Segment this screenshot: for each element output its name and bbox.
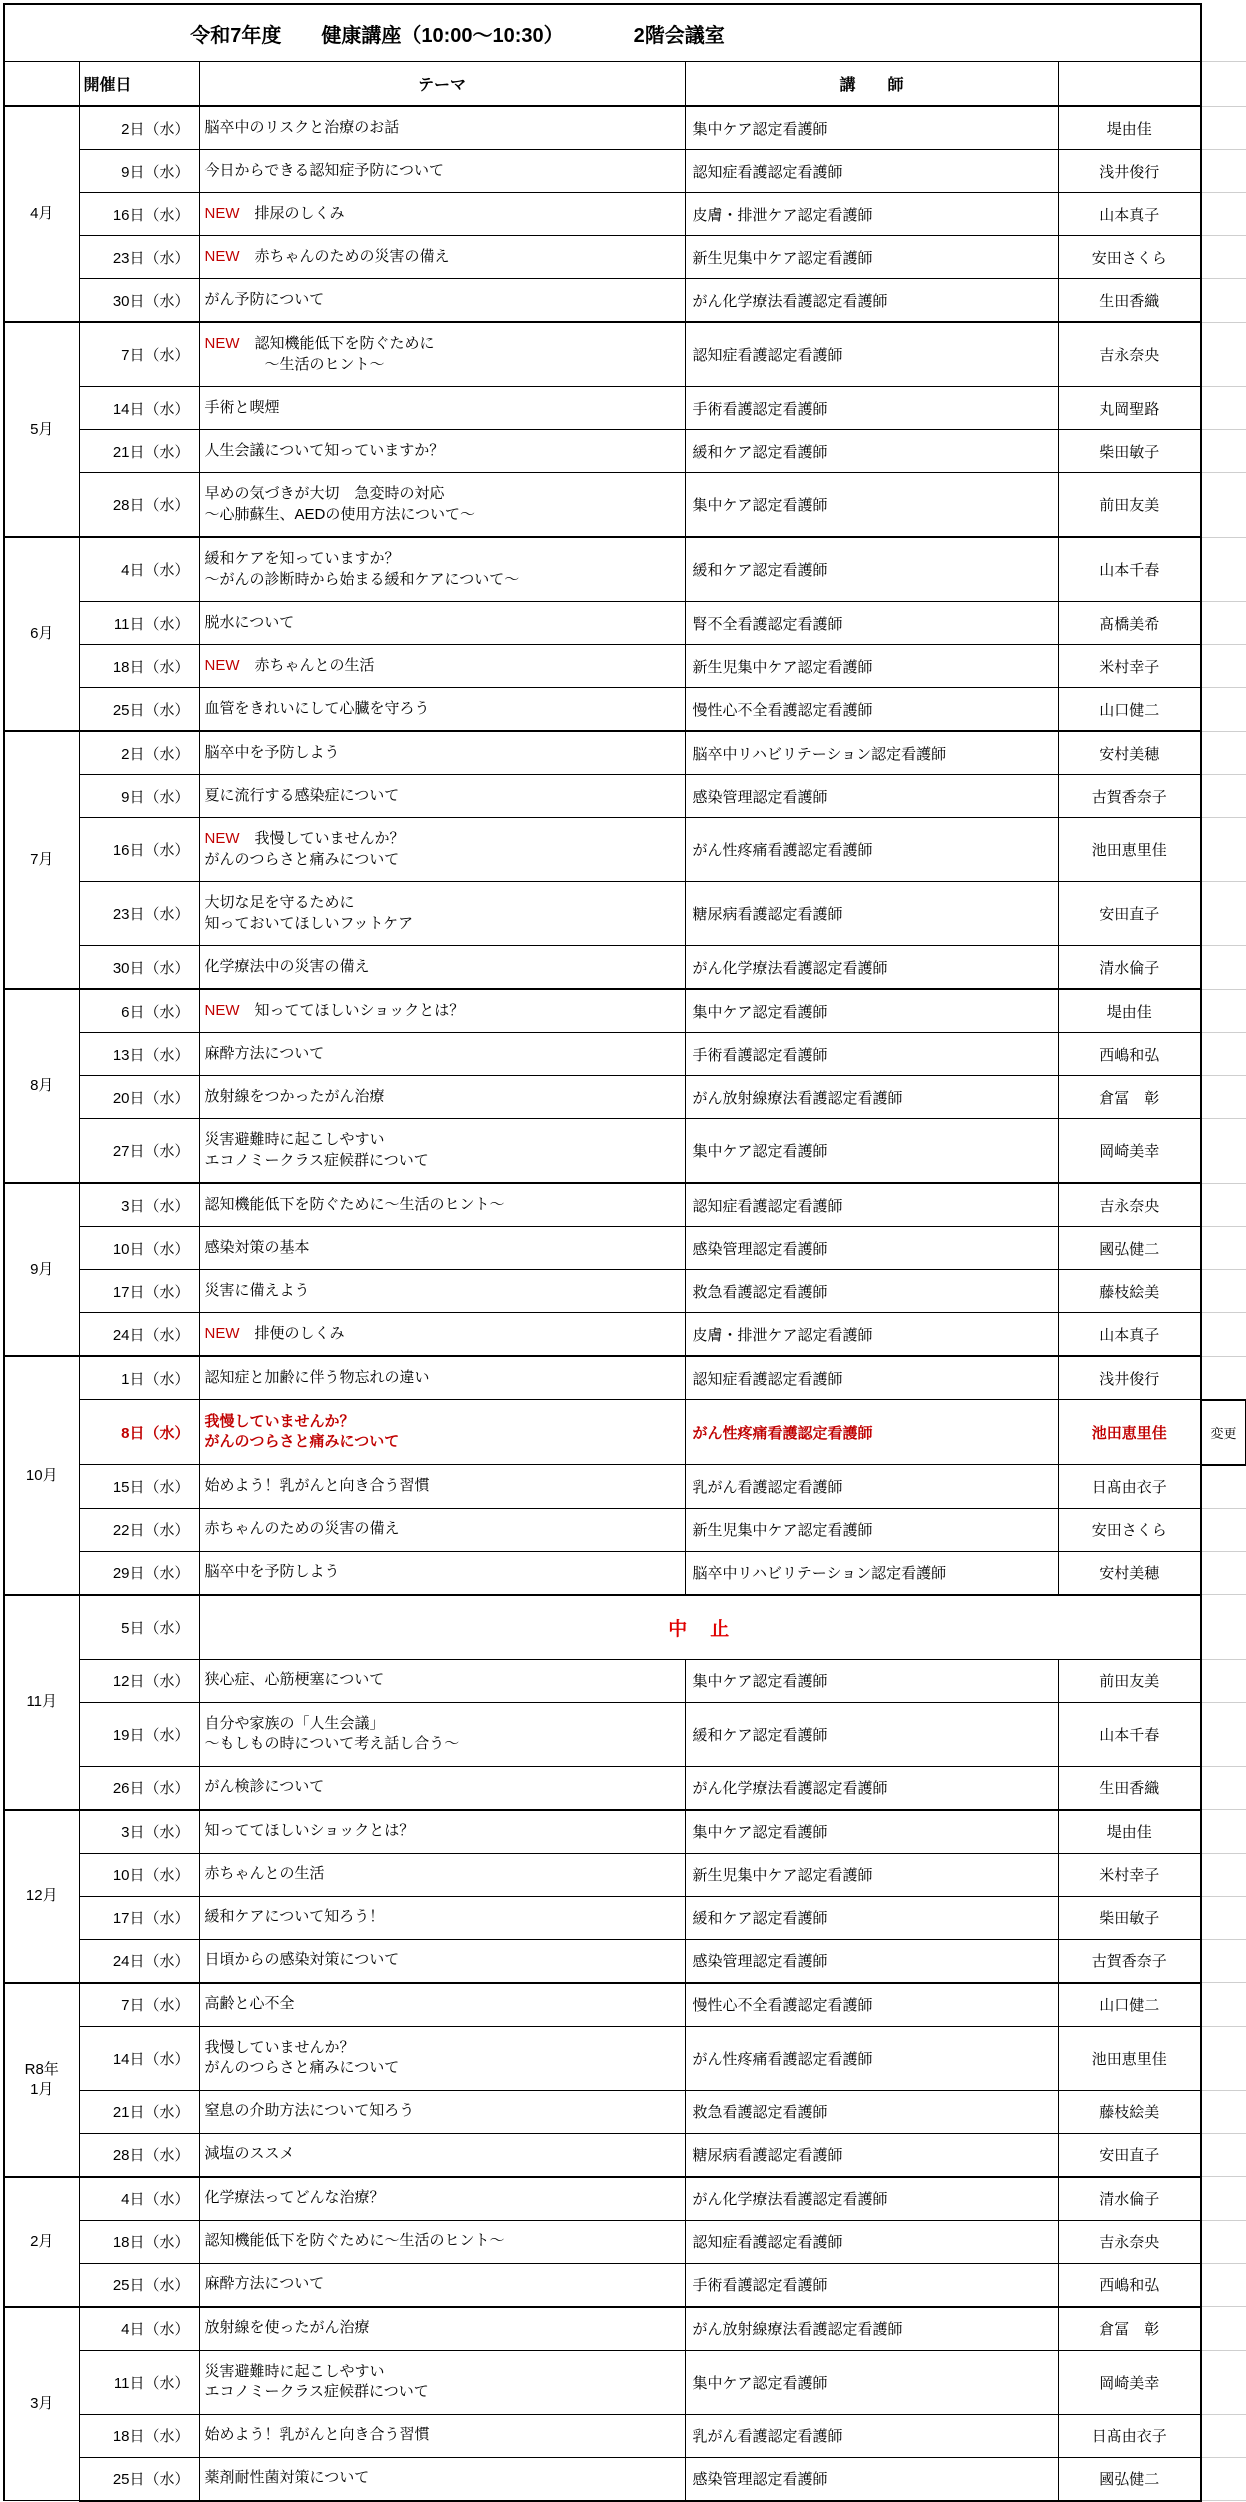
note-column-spacer: [1201, 62, 1246, 107]
note-column-spacer: [1201, 150, 1246, 193]
lecturer-cell: 脳卒中リハビリテーション認定看護師: [685, 731, 1058, 775]
schedule-row: 16日（水）NEW 我慢していませんか？がんのつらさと痛みについてがん性疼痛看護…: [4, 818, 1246, 882]
theme-cell: 夏に流行する感染症について: [199, 775, 685, 818]
lecturer-cell: 慢性心不全看護認定看護師: [685, 1983, 1058, 2027]
date-cell: 28日（水）: [79, 473, 199, 538]
lecturer-name-cell: 山本真子: [1058, 193, 1201, 236]
lecturer-cell: 集中ケア認定看護師: [685, 1119, 1058, 1184]
note-column-spacer: [1201, 1119, 1246, 1184]
lecturer-name-cell: 國弘健二: [1058, 1227, 1201, 1270]
date-cell: 26日（水）: [79, 1766, 199, 1810]
note-column-spacer: [1201, 279, 1246, 323]
new-badge: NEW: [205, 248, 240, 265]
lecturer-name-cell: 浅井俊行: [1058, 150, 1201, 193]
lecturer-cell: 緩和ケア認定看護師: [685, 1896, 1058, 1939]
schedule-row: 12月3日（水）知っててほしいショックとは？集中ケア認定看護師堤由佳: [4, 1810, 1246, 1854]
theme-cell: 今日からできる認知症予防について: [199, 150, 685, 193]
note-column-spacer: [1201, 775, 1246, 818]
lecturer-cell: 慢性心不全看護認定看護師: [685, 688, 1058, 732]
lecturer-cell: 脳卒中リハビリテーション認定看護師: [685, 1551, 1058, 1595]
lecturer-name-cell: 倉冨 彰: [1058, 2307, 1201, 2351]
date-cell: 19日（水）: [79, 1702, 199, 1766]
lecturer-cell: 糖尿病看護認定看護師: [685, 882, 1058, 946]
schedule-row: 14日（水）我慢していませんか？がんのつらさと痛みについてがん性疼痛看護認定看護…: [4, 2026, 1246, 2090]
date-cell: 13日（水）: [79, 1033, 199, 1076]
lecturer-name-cell: 日髙由衣子: [1058, 2414, 1201, 2457]
lecturer-name-cell: 岡崎美幸: [1058, 1119, 1201, 1184]
schedule-row: 8月6日（水）NEW 知っててほしいショックとは？集中ケア認定看護師堤由佳: [4, 989, 1246, 1033]
date-cell: 15日（水）: [79, 1465, 199, 1509]
lecturer-name-cell: 安田さくら: [1058, 236, 1201, 279]
schedule-row: 22日（水）赤ちゃんのための災害の備え新生児集中ケア認定看護師安田さくら: [4, 1508, 1246, 1551]
schedule-row: 11日（水）災害避難時に起こしやすいエコノミークラス症候群について集中ケア認定看…: [4, 2350, 1246, 2414]
lecturer-name-cell: 清水倫子: [1058, 2177, 1201, 2221]
lecturer-cell: 認知症看護認定看護師: [685, 322, 1058, 387]
month-label: 6月: [4, 537, 79, 731]
lecturer-cell: 認知症看護認定看護師: [685, 1183, 1058, 1227]
theme-cell: NEW 赤ちゃんのための災害の備え: [199, 236, 685, 279]
date-cell: 9日（水）: [79, 150, 199, 193]
note-column-spacer: [1201, 322, 1246, 387]
note-column-spacer: [1201, 2457, 1246, 2501]
theme-cell: 赤ちゃんのための災害の備え: [199, 1508, 685, 1551]
theme-cell: がん検診について: [199, 1766, 685, 1810]
theme-cell: 認知機能低下を防ぐために～生活のヒント～: [199, 2220, 685, 2263]
lecturer-cell: がん化学療法看護認定看護師: [685, 279, 1058, 323]
lecturer-cell: 感染管理認定看護師: [685, 1227, 1058, 1270]
theme-cell: 自分や家族の「人生会議」～もしもの時について考え話し合う～: [199, 1702, 685, 1766]
theme-cell: 赤ちゃんとの生活: [199, 1853, 685, 1896]
schedule-row: 6月4日（水）緩和ケアを知っていますか？～がんの診断時から始まる緩和ケアについて…: [4, 537, 1246, 602]
lecturer-column-header: 講 師: [685, 62, 1058, 107]
note-column-spacer: [1201, 473, 1246, 538]
date-cell: 25日（水）: [79, 2457, 199, 2501]
lecturer-name-cell: 安田直子: [1058, 2133, 1201, 2177]
theme-cell: 我慢していませんか？がんのつらさと痛みについて: [199, 1400, 685, 1465]
lecturer-cell: 集中ケア認定看護師: [685, 1810, 1058, 1854]
lecturer-cell: 感染管理認定看護師: [685, 2457, 1058, 2501]
date-cell: 23日（水）: [79, 236, 199, 279]
lecturer-cell: 感染管理認定看護師: [685, 1939, 1058, 1983]
lecturer-name-cell: 柴田敏子: [1058, 1896, 1201, 1939]
theme-cell: 手術と喫煙: [199, 387, 685, 430]
theme-cell: 脳卒中を予防しよう: [199, 731, 685, 775]
date-cell: 11日（水）: [79, 2350, 199, 2414]
note-column-spacer: [1201, 1595, 1246, 1660]
schedule-row: 4月2日（水）脳卒中のリスクと治療のお話集中ケア認定看護師堤由佳: [4, 106, 1246, 150]
schedule-row: 30日（水）化学療法中の災害の備えがん化学療法看護認定看護師清水倫子: [4, 946, 1246, 990]
note-column-spacer: [1201, 1227, 1246, 1270]
new-badge: NEW: [205, 205, 240, 222]
note-column-spacer: [1201, 4, 1246, 62]
lecturer-cell: 緩和ケア認定看護師: [685, 430, 1058, 473]
note-column-spacer: [1201, 1313, 1246, 1357]
schedule-row: 9日（水）今日からできる認知症予防について認知症看護認定看護師浅井俊行: [4, 150, 1246, 193]
lecturer-cell: 認知症看護認定看護師: [685, 1356, 1058, 1400]
lecturer-name-cell: 安村美穂: [1058, 731, 1201, 775]
lecturer-cell: 皮膚・排泄ケア認定看護師: [685, 1313, 1058, 1357]
lecturer-cell: がん化学療法看護認定看護師: [685, 946, 1058, 990]
schedule-row: 12日（水）狭心症、心筋梗塞について集中ケア認定看護師前田友美: [4, 1659, 1246, 1702]
lecturer-name-cell: 山本真子: [1058, 1313, 1201, 1357]
theme-cell: 早めの気づきが大切 急変時の対応～心肺蘇生、AEDの使用方法について～: [199, 473, 685, 538]
schedule-row: 24日（水）日頃からの感染対策について感染管理認定看護師古賀香奈子: [4, 1939, 1246, 1983]
note-column-spacer: [1201, 1659, 1246, 1702]
date-cell: 10日（水）: [79, 1853, 199, 1896]
note-column-spacer: [1201, 1033, 1246, 1076]
theme-cell: NEW 排便のしくみ: [199, 1313, 685, 1357]
month-label: 2月: [4, 2177, 79, 2307]
lecturer-cell: がん性疼痛看護認定看護師: [685, 818, 1058, 882]
schedule-row: 27日（水）災害避難時に起こしやすいエコノミークラス症候群について集中ケア認定看…: [4, 1119, 1246, 1184]
lecturer-name-cell: 髙橋美希: [1058, 602, 1201, 645]
theme-cell: 認知機能低下を防ぐために～生活のヒント～: [199, 1183, 685, 1227]
date-cell: 18日（水）: [79, 2220, 199, 2263]
date-cell: 11日（水）: [79, 602, 199, 645]
month-label: R8年1月: [4, 1983, 79, 2177]
theme-cell: 災害避難時に起こしやすいエコノミークラス症候群について: [199, 1119, 685, 1184]
theme-cell: 脳卒中のリスクと治療のお話: [199, 106, 685, 150]
schedule-row: 10日（水）赤ちゃんとの生活新生児集中ケア認定看護師米村幸子: [4, 1853, 1246, 1896]
note-column-spacer: [1201, 2350, 1246, 2414]
lecturer-cell: 集中ケア認定看護師: [685, 473, 1058, 538]
lecturer-cell: 腎不全看護認定看護師: [685, 602, 1058, 645]
note-column-spacer: [1201, 989, 1246, 1033]
note-column-spacer: [1201, 193, 1246, 236]
lecturer-name-cell: 山口健二: [1058, 688, 1201, 732]
note-column-spacer: [1201, 1270, 1246, 1313]
note-column-spacer: [1201, 236, 1246, 279]
lecturer-cell: 集中ケア認定看護師: [685, 989, 1058, 1033]
lecturer-name-cell: 柴田敏子: [1058, 430, 1201, 473]
header-row: 開催日 テーマ 講 師: [4, 62, 1246, 107]
note-column-spacer: [1201, 387, 1246, 430]
schedule-row: 2月4日（水）化学療法ってどんな治療？がん化学療法看護認定看護師清水倫子: [4, 2177, 1246, 2221]
month-label: 4月: [4, 106, 79, 322]
note-column-spacer: [1201, 1766, 1246, 1810]
schedule-row: 11日（水）脱水について腎不全看護認定看護師髙橋美希: [4, 602, 1246, 645]
lecturer-cell: 集中ケア認定看護師: [685, 2350, 1058, 2414]
month-label: 9月: [4, 1183, 79, 1356]
theme-cell: 大切な足を守るために知っておいてほしいフットケア: [199, 882, 685, 946]
lecturer-cell: 感染管理認定看護師: [685, 775, 1058, 818]
date-cell: 1日（水）: [79, 1356, 199, 1400]
month-column-header: [4, 62, 79, 107]
schedule-row: 13日（水）麻酔方法について手術看護認定看護師西嶋和弘: [4, 1033, 1246, 1076]
lecturer-cell: 救急看護認定看護師: [685, 2090, 1058, 2133]
note-column-spacer: [1201, 1810, 1246, 1854]
schedule-row: 18日（水）始めよう！乳がんと向き合う習慣乳がん看護認定看護師日髙由衣子: [4, 2414, 1246, 2457]
date-column-header: 開催日: [79, 62, 199, 107]
date-cell: 17日（水）: [79, 1896, 199, 1939]
schedule-row: 19日（水）自分や家族の「人生会議」～もしもの時について考え話し合う～緩和ケア認…: [4, 1702, 1246, 1766]
month-label: 7月: [4, 731, 79, 989]
theme-cell: 始めよう！乳がんと向き合う習慣: [199, 1465, 685, 1509]
lecturer-name-cell: 浅井俊行: [1058, 1356, 1201, 1400]
date-cell: 18日（水）: [79, 645, 199, 688]
note-column-spacer: [1201, 1508, 1246, 1551]
theme-cell: 知っててほしいショックとは？: [199, 1810, 685, 1854]
theme-cell: 化学療法ってどんな治療？: [199, 2177, 685, 2221]
month-label: 8月: [4, 989, 79, 1183]
schedule-row: 7月2日（水）脳卒中を予防しよう脳卒中リハビリテーション認定看護師安村美穂: [4, 731, 1246, 775]
note-column-spacer: [1201, 2177, 1246, 2221]
note-column-spacer: [1201, 2307, 1246, 2351]
date-cell: 16日（水）: [79, 818, 199, 882]
date-cell: 22日（水）: [79, 1508, 199, 1551]
new-badge: NEW: [205, 830, 240, 847]
date-cell: 7日（水）: [79, 1983, 199, 2027]
note-column-spacer: [1201, 1939, 1246, 1983]
date-cell: 21日（水）: [79, 2090, 199, 2133]
schedule-row: 21日（水）窒息の介助方法について知ろう救急看護認定看護師藤枝絵美: [4, 2090, 1246, 2133]
schedule-row: 18日（水）認知機能低下を防ぐために～生活のヒント～認知症看護認定看護師吉永奈央: [4, 2220, 1246, 2263]
schedule-row: 20日（水）放射線をつかったがん治療がん放射線療法看護認定看護師倉冨 彰: [4, 1076, 1246, 1119]
schedule-row: 17日（水）災害に備えよう救急看護認定看護師藤枝絵美: [4, 1270, 1246, 1313]
theme-cell: 薬剤耐性菌対策について: [199, 2457, 685, 2501]
schedule-row: 10月1日（水）認知症と加齢に伴う物忘れの違い認知症看護認定看護師浅井俊行: [4, 1356, 1246, 1400]
date-cell: 12日（水）: [79, 1659, 199, 1702]
schedule-row: 23日（水）NEW 赤ちゃんのための災害の備え新生児集中ケア認定看護師安田さくら: [4, 236, 1246, 279]
date-cell: 27日（水）: [79, 1119, 199, 1184]
date-cell: 20日（水）: [79, 1076, 199, 1119]
lecturer-cell: 手術看護認定看護師: [685, 2263, 1058, 2307]
date-cell: 25日（水）: [79, 2263, 199, 2307]
lecturer-name-cell: 池田恵里佳: [1058, 818, 1201, 882]
note-column-spacer: [1201, 1702, 1246, 1766]
lecturer-cell: 救急看護認定看護師: [685, 1270, 1058, 1313]
lecturer-cell: 集中ケア認定看護師: [685, 106, 1058, 150]
schedule-row: 10日（水）感染対策の基本感染管理認定看護師國弘健二: [4, 1227, 1246, 1270]
lecturer-cell: がん性疼痛看護認定看護師: [685, 1400, 1058, 1465]
lecturer-name-cell: 國弘健二: [1058, 2457, 1201, 2501]
schedule-row: 28日（水）減塩のススメ糖尿病看護認定看護師安田直子: [4, 2133, 1246, 2177]
date-cell: 17日（水）: [79, 1270, 199, 1313]
new-badge: NEW: [205, 657, 240, 674]
theme-cell: 脱水について: [199, 602, 685, 645]
date-cell: 4日（水）: [79, 2177, 199, 2221]
schedule-row: 16日（水）NEW 排尿のしくみ皮膚・排泄ケア認定看護師山本真子: [4, 193, 1246, 236]
date-cell: 9日（水）: [79, 775, 199, 818]
date-cell: 14日（水）: [79, 387, 199, 430]
theme-cell: NEW 認知機能低下を防ぐために ～生活のヒント～: [199, 322, 685, 387]
schedule-row: 5月7日（水）NEW 認知機能低下を防ぐために ～生活のヒント～認知症看護認定看…: [4, 322, 1246, 387]
schedule-row: 15日（水）始めよう！乳がんと向き合う習慣乳がん看護認定看護師日髙由衣子: [4, 1465, 1246, 1509]
date-cell: 28日（水）: [79, 2133, 199, 2177]
schedule-row: 17日（水）緩和ケアについて知ろう！緩和ケア認定看護師柴田敏子: [4, 1896, 1246, 1939]
lecturer-cell: 認知症看護認定看護師: [685, 150, 1058, 193]
schedule-row: 25日（水）麻酔方法について手術看護認定看護師西嶋和弘: [4, 2263, 1246, 2307]
lecturer-cell: 新生児集中ケア認定看護師: [685, 236, 1058, 279]
page-title: 令和7年度 健康講座（10:00～10:30） 2階会議室: [4, 4, 1201, 62]
theme-cell: 人生会議について知っていますか？: [199, 430, 685, 473]
lecturer-name-cell: 生田香織: [1058, 1766, 1201, 1810]
date-cell: 30日（水）: [79, 279, 199, 323]
lecturer-name-cell: 藤枝絵美: [1058, 2090, 1201, 2133]
month-label: 12月: [4, 1810, 79, 1983]
date-cell: 14日（水）: [79, 2026, 199, 2090]
lecturer-name-cell: 山口健二: [1058, 1983, 1201, 2027]
lecturer-name-cell: 西嶋和弘: [1058, 1033, 1201, 1076]
theme-cell: NEW 知っててほしいショックとは？: [199, 989, 685, 1033]
lecturer-name-cell: 古賀香奈子: [1058, 1939, 1201, 1983]
date-cell: 4日（水）: [79, 2307, 199, 2351]
schedule-row: 25日（水）薬剤耐性菌対策について感染管理認定看護師國弘健二: [4, 2457, 1246, 2501]
date-cell: 5日（水）: [79, 1595, 199, 1660]
theme-cell: NEW 我慢していませんか？がんのつらさと痛みについて: [199, 818, 685, 882]
note-column-spacer: [1201, 882, 1246, 946]
lecturer-cell: 糖尿病看護認定看護師: [685, 2133, 1058, 2177]
schedule-row: 3月4日（水）放射線を使ったがん治療がん放射線療法看護認定看護師倉冨 彰: [4, 2307, 1246, 2351]
lecturer-cell: 乳がん看護認定看護師: [685, 2414, 1058, 2457]
lecturer-name-cell: 吉永奈央: [1058, 1183, 1201, 1227]
theme-cell: 災害避難時に起こしやすいエコノミークラス症候群について: [199, 2350, 685, 2414]
lecturer-name-cell: 前田友美: [1058, 473, 1201, 538]
lecturer-name-cell: 前田友美: [1058, 1659, 1201, 1702]
note-column-spacer: [1201, 1896, 1246, 1939]
schedule-row: 9月3日（水）認知機能低下を防ぐために～生活のヒント～認知症看護認定看護師吉永奈…: [4, 1183, 1246, 1227]
lecturer-cell: 乳がん看護認定看護師: [685, 1465, 1058, 1509]
date-cell: 25日（水）: [79, 688, 199, 732]
date-cell: 29日（水）: [79, 1551, 199, 1595]
note-column-spacer: [1201, 2090, 1246, 2133]
title-row: 令和7年度 健康講座（10:00～10:30） 2階会議室: [4, 4, 1246, 62]
date-cell: 8日（水）: [79, 1400, 199, 1465]
note-column-spacer: [1201, 2414, 1246, 2457]
lecturer-name-cell: 米村幸子: [1058, 645, 1201, 688]
note-column-spacer: [1201, 1853, 1246, 1896]
theme-cell: 災害に備えよう: [199, 1270, 685, 1313]
lecturer-cell: がん性疼痛看護認定看護師: [685, 2026, 1058, 2090]
lecturer-name-cell: 堤由佳: [1058, 1810, 1201, 1854]
schedule-row: 28日（水）早めの気づきが大切 急変時の対応～心肺蘇生、AEDの使用方法について…: [4, 473, 1246, 538]
new-badge: NEW: [205, 1325, 240, 1342]
lecturer-name-cell: 日髙由衣子: [1058, 1465, 1201, 1509]
note-column-spacer: [1201, 1983, 1246, 2027]
note-column-spacer: [1201, 106, 1246, 150]
month-label: 11月: [4, 1595, 79, 1810]
date-cell: 10日（水）: [79, 1227, 199, 1270]
date-cell: 6日（水）: [79, 989, 199, 1033]
date-cell: 2日（水）: [79, 731, 199, 775]
lecturer-name-cell: 丸岡聖路: [1058, 387, 1201, 430]
schedule-row: 11月5日（水）中 止: [4, 1595, 1246, 1660]
theme-cell: 化学療法中の災害の備え: [199, 946, 685, 990]
theme-cell: 麻酔方法について: [199, 2263, 685, 2307]
lecturer-cell: がん化学療法看護認定看護師: [685, 1766, 1058, 1810]
schedule-row: 21日（水）人生会議について知っていますか？緩和ケア認定看護師柴田敏子: [4, 430, 1246, 473]
lecturer-name-cell: 生田香織: [1058, 279, 1201, 323]
schedule-sheet: 令和7年度 健康講座（10:00～10:30） 2階会議室 開催日 テーマ 講 …: [0, 0, 1246, 2502]
date-cell: 30日（水）: [79, 946, 199, 990]
date-cell: 18日（水）: [79, 2414, 199, 2457]
note-column-spacer: [1201, 1551, 1246, 1595]
note-column-spacer: [1201, 1183, 1246, 1227]
schedule-row: 8日（水）我慢していませんか？がんのつらさと痛みについてがん性疼痛看護認定看護師…: [4, 1400, 1246, 1465]
theme-cell: 日頃からの感染対策について: [199, 1939, 685, 1983]
theme-cell: NEW 赤ちゃんとの生活: [199, 645, 685, 688]
lecturer-name-cell: 吉永奈央: [1058, 2220, 1201, 2263]
theme-cell: 緩和ケアについて知ろう！: [199, 1896, 685, 1939]
lecturer-name-cell: 安田さくら: [1058, 1508, 1201, 1551]
theme-cell: 高齢と心不全: [199, 1983, 685, 2027]
month-label: 5月: [4, 322, 79, 537]
note-column-spacer: [1201, 2133, 1246, 2177]
theme-column-header: テーマ: [199, 62, 685, 107]
schedule-head-rows: 令和7年度 健康講座（10:00～10:30） 2階会議室 開催日 テーマ 講 …: [4, 4, 1246, 106]
lecturer-name-cell: 清水倫子: [1058, 946, 1201, 990]
lecturer-name-cell: 藤枝絵美: [1058, 1270, 1201, 1313]
date-cell: 3日（水）: [79, 1183, 199, 1227]
lecturer-cell: 認知症看護認定看護師: [685, 2220, 1058, 2263]
note-column-spacer: [1201, 537, 1246, 602]
schedule-row: 23日（水）大切な足を守るために知っておいてほしいフットケア糖尿病看護認定看護師…: [4, 882, 1246, 946]
lecturer-name-cell: 吉永奈央: [1058, 322, 1201, 387]
schedule-row: R8年1月7日（水）高齢と心不全慢性心不全看護認定看護師山口健二: [4, 1983, 1246, 2027]
theme-cell: 放射線をつかったがん治療: [199, 1076, 685, 1119]
new-badge: NEW: [205, 335, 240, 352]
note-column-spacer: [1201, 2263, 1246, 2307]
lecturer-name-cell: 岡崎美幸: [1058, 2350, 1201, 2414]
lecturer-cell: がん放射線療法看護認定看護師: [685, 1076, 1058, 1119]
lecturer-name-cell: 山本千春: [1058, 537, 1201, 602]
theme-cell: 麻酔方法について: [199, 1033, 685, 1076]
note-column-spacer: [1201, 602, 1246, 645]
lecturer-cell: 手術看護認定看護師: [685, 1033, 1058, 1076]
lecturer-cell: 緩和ケア認定看護師: [685, 537, 1058, 602]
month-label: 10月: [4, 1356, 79, 1595]
theme-cell: がん予防について: [199, 279, 685, 323]
note-column-spacer: [1201, 2026, 1246, 2090]
lecturer-cell: 集中ケア認定看護師: [685, 1659, 1058, 1702]
theme-cell: 感染対策の基本: [199, 1227, 685, 1270]
note-column-spacer: [1201, 430, 1246, 473]
lecturer-cell: 皮膚・排泄ケア認定看護師: [685, 193, 1058, 236]
lecturer-name-cell: 池田恵里佳: [1058, 1400, 1201, 1465]
schedule-body: 4月2日（水）脳卒中のリスクと治療のお話集中ケア認定看護師堤由佳9日（水）今日か…: [4, 106, 1246, 2501]
lecturer-name-cell: 安村美穂: [1058, 1551, 1201, 1595]
theme-cell: 窒息の介助方法について知ろう: [199, 2090, 685, 2133]
lecturer-cell: 手術看護認定看護師: [685, 387, 1058, 430]
schedule-row: 26日（水）がん検診についてがん化学療法看護認定看護師生田香織: [4, 1766, 1246, 1810]
lecturer-name-cell: 堤由佳: [1058, 989, 1201, 1033]
lecturer-cell: 新生児集中ケア認定看護師: [685, 1508, 1058, 1551]
note-column-spacer: [1201, 2220, 1246, 2263]
lecturer-name-cell: 西嶋和弘: [1058, 2263, 1201, 2307]
schedule-row: 14日（水）手術と喫煙手術看護認定看護師丸岡聖路: [4, 387, 1246, 430]
lecturer-name-cell: 堤由佳: [1058, 106, 1201, 150]
month-label: 3月: [4, 2307, 79, 2501]
lecturer-cell: 新生児集中ケア認定看護師: [685, 645, 1058, 688]
note-column-spacer: [1201, 946, 1246, 990]
theme-cell: 放射線を使ったがん治療: [199, 2307, 685, 2351]
lecturer-name-cell: 古賀香奈子: [1058, 775, 1201, 818]
change-note-cell: 変更: [1201, 1400, 1246, 1465]
schedule-row: 25日（水）血管をきれいにして心臓を守ろう慢性心不全看護認定看護師山口健二: [4, 688, 1246, 732]
cancelled-cell: 中 止: [199, 1595, 1201, 1660]
note-column-spacer: [1201, 818, 1246, 882]
note-column-spacer: [1201, 688, 1246, 732]
lecturer-cell: 新生児集中ケア認定看護師: [685, 1853, 1058, 1896]
lecturer-cell: 緩和ケア認定看護師: [685, 1702, 1058, 1766]
date-cell: 2日（水）: [79, 106, 199, 150]
date-cell: 23日（水）: [79, 882, 199, 946]
theme-cell: 我慢していませんか？がんのつらさと痛みについて: [199, 2026, 685, 2090]
lecturer-name-cell: 倉冨 彰: [1058, 1076, 1201, 1119]
schedule-table: 令和7年度 健康講座（10:00～10:30） 2階会議室 開催日 テーマ 講 …: [3, 3, 1246, 2502]
note-column-spacer: [1201, 1465, 1246, 1509]
theme-cell: 緩和ケアを知っていますか？～がんの診断時から始まる緩和ケアについて～: [199, 537, 685, 602]
